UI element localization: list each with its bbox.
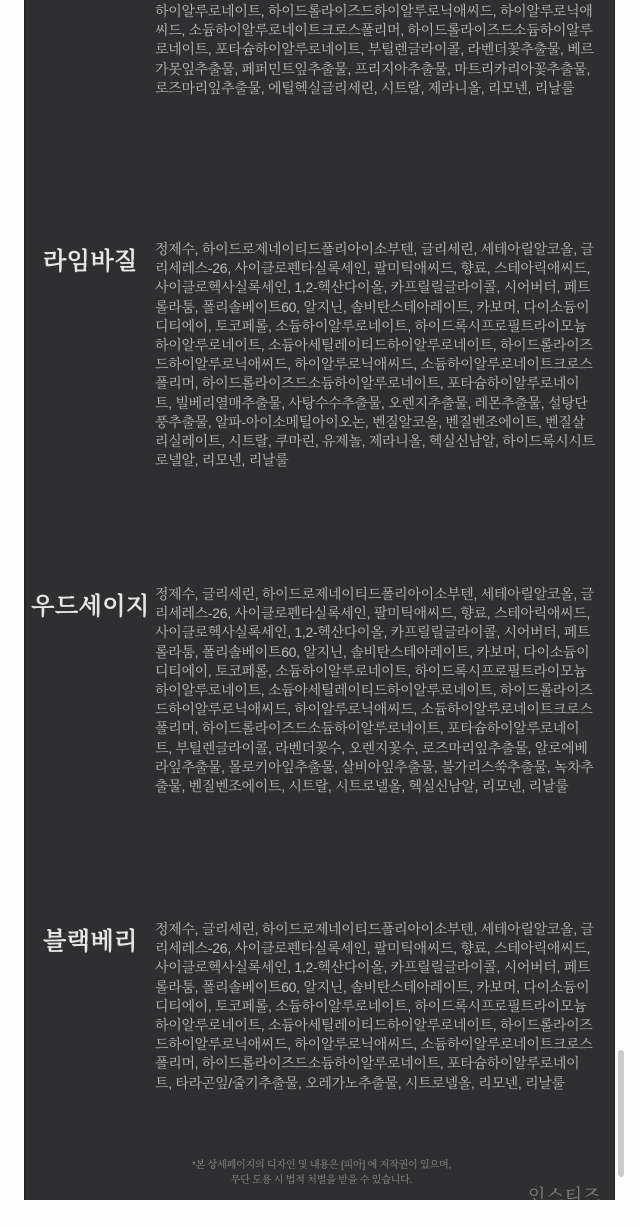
copyright-line-2: 무단 도용 시 법적 처벌을 받을 수 있습니다. (26, 1173, 615, 1188)
scrollbar-thumb[interactable] (618, 1050, 624, 1177)
ingredients-continued-text: 하이알루로네이트, 하이드롤라이즈드하이알루로닉애씨드, 하이알루로닉애씨드, … (155, 2, 596, 98)
section-label-column: 블랙베리 (26, 920, 155, 1093)
section-label-column: 우드세이지 (26, 585, 155, 796)
product-detail-panel: 하이알루로네이트, 하이드롤라이즈드하이알루로닉애씨드, 하이알루로닉애씨드, … (24, 0, 615, 1200)
copyright-line-1: *본 상세페이지의 디자인 및 내용은 [피아] 에 저작권이 있으며, (26, 1158, 615, 1173)
section-wood-sage: 우드세이지 정제수, 글리세린, 하이드로제네이티드폴리아이소부텐, 세테아릴알… (26, 585, 615, 796)
section-blackberry: 블랙베리 정제수, 글리세린, 하이드로제네이티드폴리아이소부텐, 세테아릴알코… (26, 920, 615, 1093)
section-heading-wood-sage: 우드세이지 (31, 593, 149, 620)
section-heading-blackberry: 블랙베리 (43, 928, 138, 955)
ingredients-text-lime-basil: 정제수, 하이드로제네이티드폴리아이소부텐, 글리세린, 세테아릴알코올, 글리… (155, 240, 596, 470)
instiz-watermark: 인스티즈 (528, 1182, 602, 1200)
ingredients-text-wood-sage: 정제수, 글리세린, 하이드로제네이티드폴리아이소부텐, 세테아릴알코올, 글리… (155, 585, 596, 796)
section-heading-lime-basil: 라임바질 (43, 248, 138, 275)
section-label-column: 라임바질 (26, 240, 155, 470)
ingredients-text-blackberry: 정제수, 글리세린, 하이드로제네이티드폴리아이소부텐, 세테아릴알코올, 글리… (155, 920, 596, 1093)
copyright-notice: *본 상세페이지의 디자인 및 내용은 [피아] 에 저작권이 있으며, 무단 … (26, 1158, 615, 1188)
section-lime-basil: 라임바질 정제수, 하이드로제네이티드폴리아이소부텐, 글리세린, 세테아릴알코… (26, 240, 615, 470)
page: 하이알루로네이트, 하이드롤라이즈드하이알루로닉애씨드, 하이알루로닉애씨드, … (0, 0, 640, 1227)
